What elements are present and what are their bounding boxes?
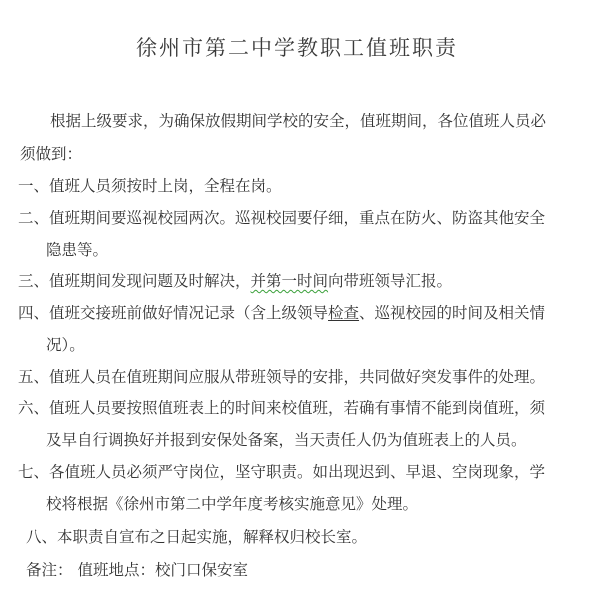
item-text: 本职责自宣布之日起实施，解释权归校长室。 xyxy=(57,528,367,546)
item-number: 四、 xyxy=(18,304,49,322)
duty-item-2: 二、值班期间要巡视校园两次。巡视校园要仔细，重点在防火、防盗其他安全 xyxy=(18,208,545,228)
grammar-flagged-text[interactable]: 并第一时间 xyxy=(251,272,329,290)
item-text: 值班人员在值班期间应服从带班领导的安排，共同做好突发事件的处理。 xyxy=(49,368,545,386)
duty-item-1: 一、值班人员须按时上岗，全程在岗。 xyxy=(18,176,282,196)
duty-item-3: 三、值班期间发现问题及时解决，并第一时间向带班领导汇报。 xyxy=(18,271,452,291)
note-text: 值班地点：校门口保安室 xyxy=(77,561,248,579)
item-number: 五、 xyxy=(18,368,49,386)
duty-item-4: 四、值班交接班前做好情况记录（含上级领导检查、巡视校园的时间及相关情 xyxy=(18,303,545,323)
item-number: 二、 xyxy=(18,209,49,227)
item-text: 值班期间要巡视校园两次。巡视校园要仔细，重点在防火、防盗其他安全 xyxy=(49,209,545,227)
duty-item-4-continuation: 况）。 xyxy=(46,335,85,355)
underlined-text: 检查 xyxy=(328,304,359,322)
item-text: 向带班领导汇报。 xyxy=(328,272,452,290)
document-title: 徐州市第二中学教职工值班职责 xyxy=(0,33,594,63)
item-text: 各值班人员必须严守岗位，坚守职责。如出现迟到、早退、空岗现象，学 xyxy=(49,463,545,481)
duty-item-6-continuation: 及早自行调换好并报到安保处备案，当天责任人仍为值班表上的人员。 xyxy=(46,430,527,450)
duty-item-2-continuation: 隐患等。 xyxy=(46,240,108,260)
note-label: 备注： xyxy=(26,561,73,579)
item-number: 六、 xyxy=(18,399,49,417)
duty-item-7-continuation: 校将根据《徐州市第二中学年度考核实施意见》处理。 xyxy=(46,494,418,514)
duty-item-7: 七、各值班人员必须严守岗位，坚守职责。如出现迟到、早退、空岗现象，学 xyxy=(18,462,545,482)
item-number: 七、 xyxy=(18,463,49,481)
item-text: 值班人员须按时上岗，全程在岗。 xyxy=(49,177,282,195)
duty-item-8: 八、本职责自宣布之日起实施，解释权归校长室。 xyxy=(26,527,367,547)
intro-line-2: 须做到： xyxy=(20,144,82,164)
item-number: 八、 xyxy=(26,528,57,546)
duty-item-6: 六、值班人员要按照值班表上的时间来校值班，若确有事情不能到岗值班，须 xyxy=(18,398,545,418)
item-text: 、巡视校园的时间及相关情 xyxy=(359,304,545,322)
document-page: 徐州市第二中学教职工值班职责 根据上级要求，为确保放假期间学校的安全，值班期间，… xyxy=(0,0,594,600)
item-number: 三、 xyxy=(18,272,49,290)
item-number: 一、 xyxy=(18,177,49,195)
item-text: 值班交接班前做好情况记录（含上级领导 xyxy=(49,304,328,322)
intro-line-1: 根据上级要求，为确保放假期间学校的安全，值班期间，各位值班人员必 xyxy=(50,111,546,131)
note-line: 备注： 值班地点：校门口保安室 xyxy=(26,560,248,580)
item-text: 值班人员要按照值班表上的时间来校值班，若确有事情不能到岗值班，须 xyxy=(49,399,545,417)
item-text: 值班期间发现问题及时解决， xyxy=(49,272,251,290)
duty-item-5: 五、值班人员在值班期间应服从带班领导的安排，共同做好突发事件的处理。 xyxy=(18,367,545,387)
